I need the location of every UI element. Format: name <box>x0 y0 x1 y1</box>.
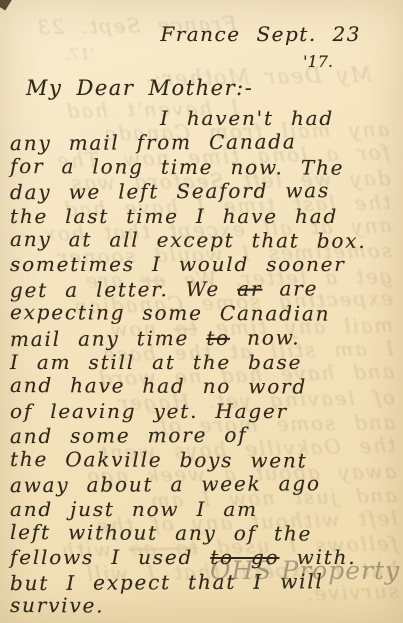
letter-line: I haven't had <box>10 106 395 130</box>
letter-line: survive. <box>10 593 395 619</box>
letter-line: sometimes I would sooner <box>10 252 395 276</box>
letter-line: and have had no word <box>10 373 395 399</box>
letter-line: day we left Seaford was <box>10 178 395 205</box>
salutation: My Dear Mother:- <box>10 76 395 106</box>
letter-line: away about a week ago <box>10 471 395 498</box>
letter-line: and just now I am <box>10 497 395 521</box>
year: '17. <box>10 52 395 76</box>
letter-line: of leaving yet. Hager <box>10 399 395 423</box>
dateline: France Sept. 23 <box>10 22 395 52</box>
strikethrough-word: to <box>206 325 230 349</box>
letter-line: left without any of the <box>10 520 395 546</box>
letter-line: any at all except that box. <box>10 227 395 253</box>
letter-line: I am still at the base <box>10 350 395 374</box>
letter-line: and some more of <box>10 422 395 449</box>
letter-line: for a long time now. The <box>10 154 395 180</box>
strikethrough-word: to go <box>210 545 279 569</box>
letter-line: the last time I have had <box>10 204 395 228</box>
strikethrough-word: ar <box>237 276 262 300</box>
letter-line: mail any time to now. <box>10 324 395 351</box>
letter-page: France Sept. 23 '17. My Dear Mother:- I … <box>0 0 403 623</box>
letter-line: but I expect that I will <box>10 569 395 596</box>
letter-line: get a letter. We ar are <box>10 276 395 303</box>
letter-content: France Sept. 23 '17. My Dear Mother:- I … <box>0 0 403 619</box>
letter-line: expecting some Canadian <box>10 300 395 326</box>
letter-line: fellows I used to go with. <box>10 545 395 569</box>
letter-body: I haven't hadany mail from Canadafor a l… <box>10 106 395 619</box>
letter-line: the Oakville boys went <box>10 447 395 473</box>
letter-line: any mail from Canada <box>10 129 395 156</box>
